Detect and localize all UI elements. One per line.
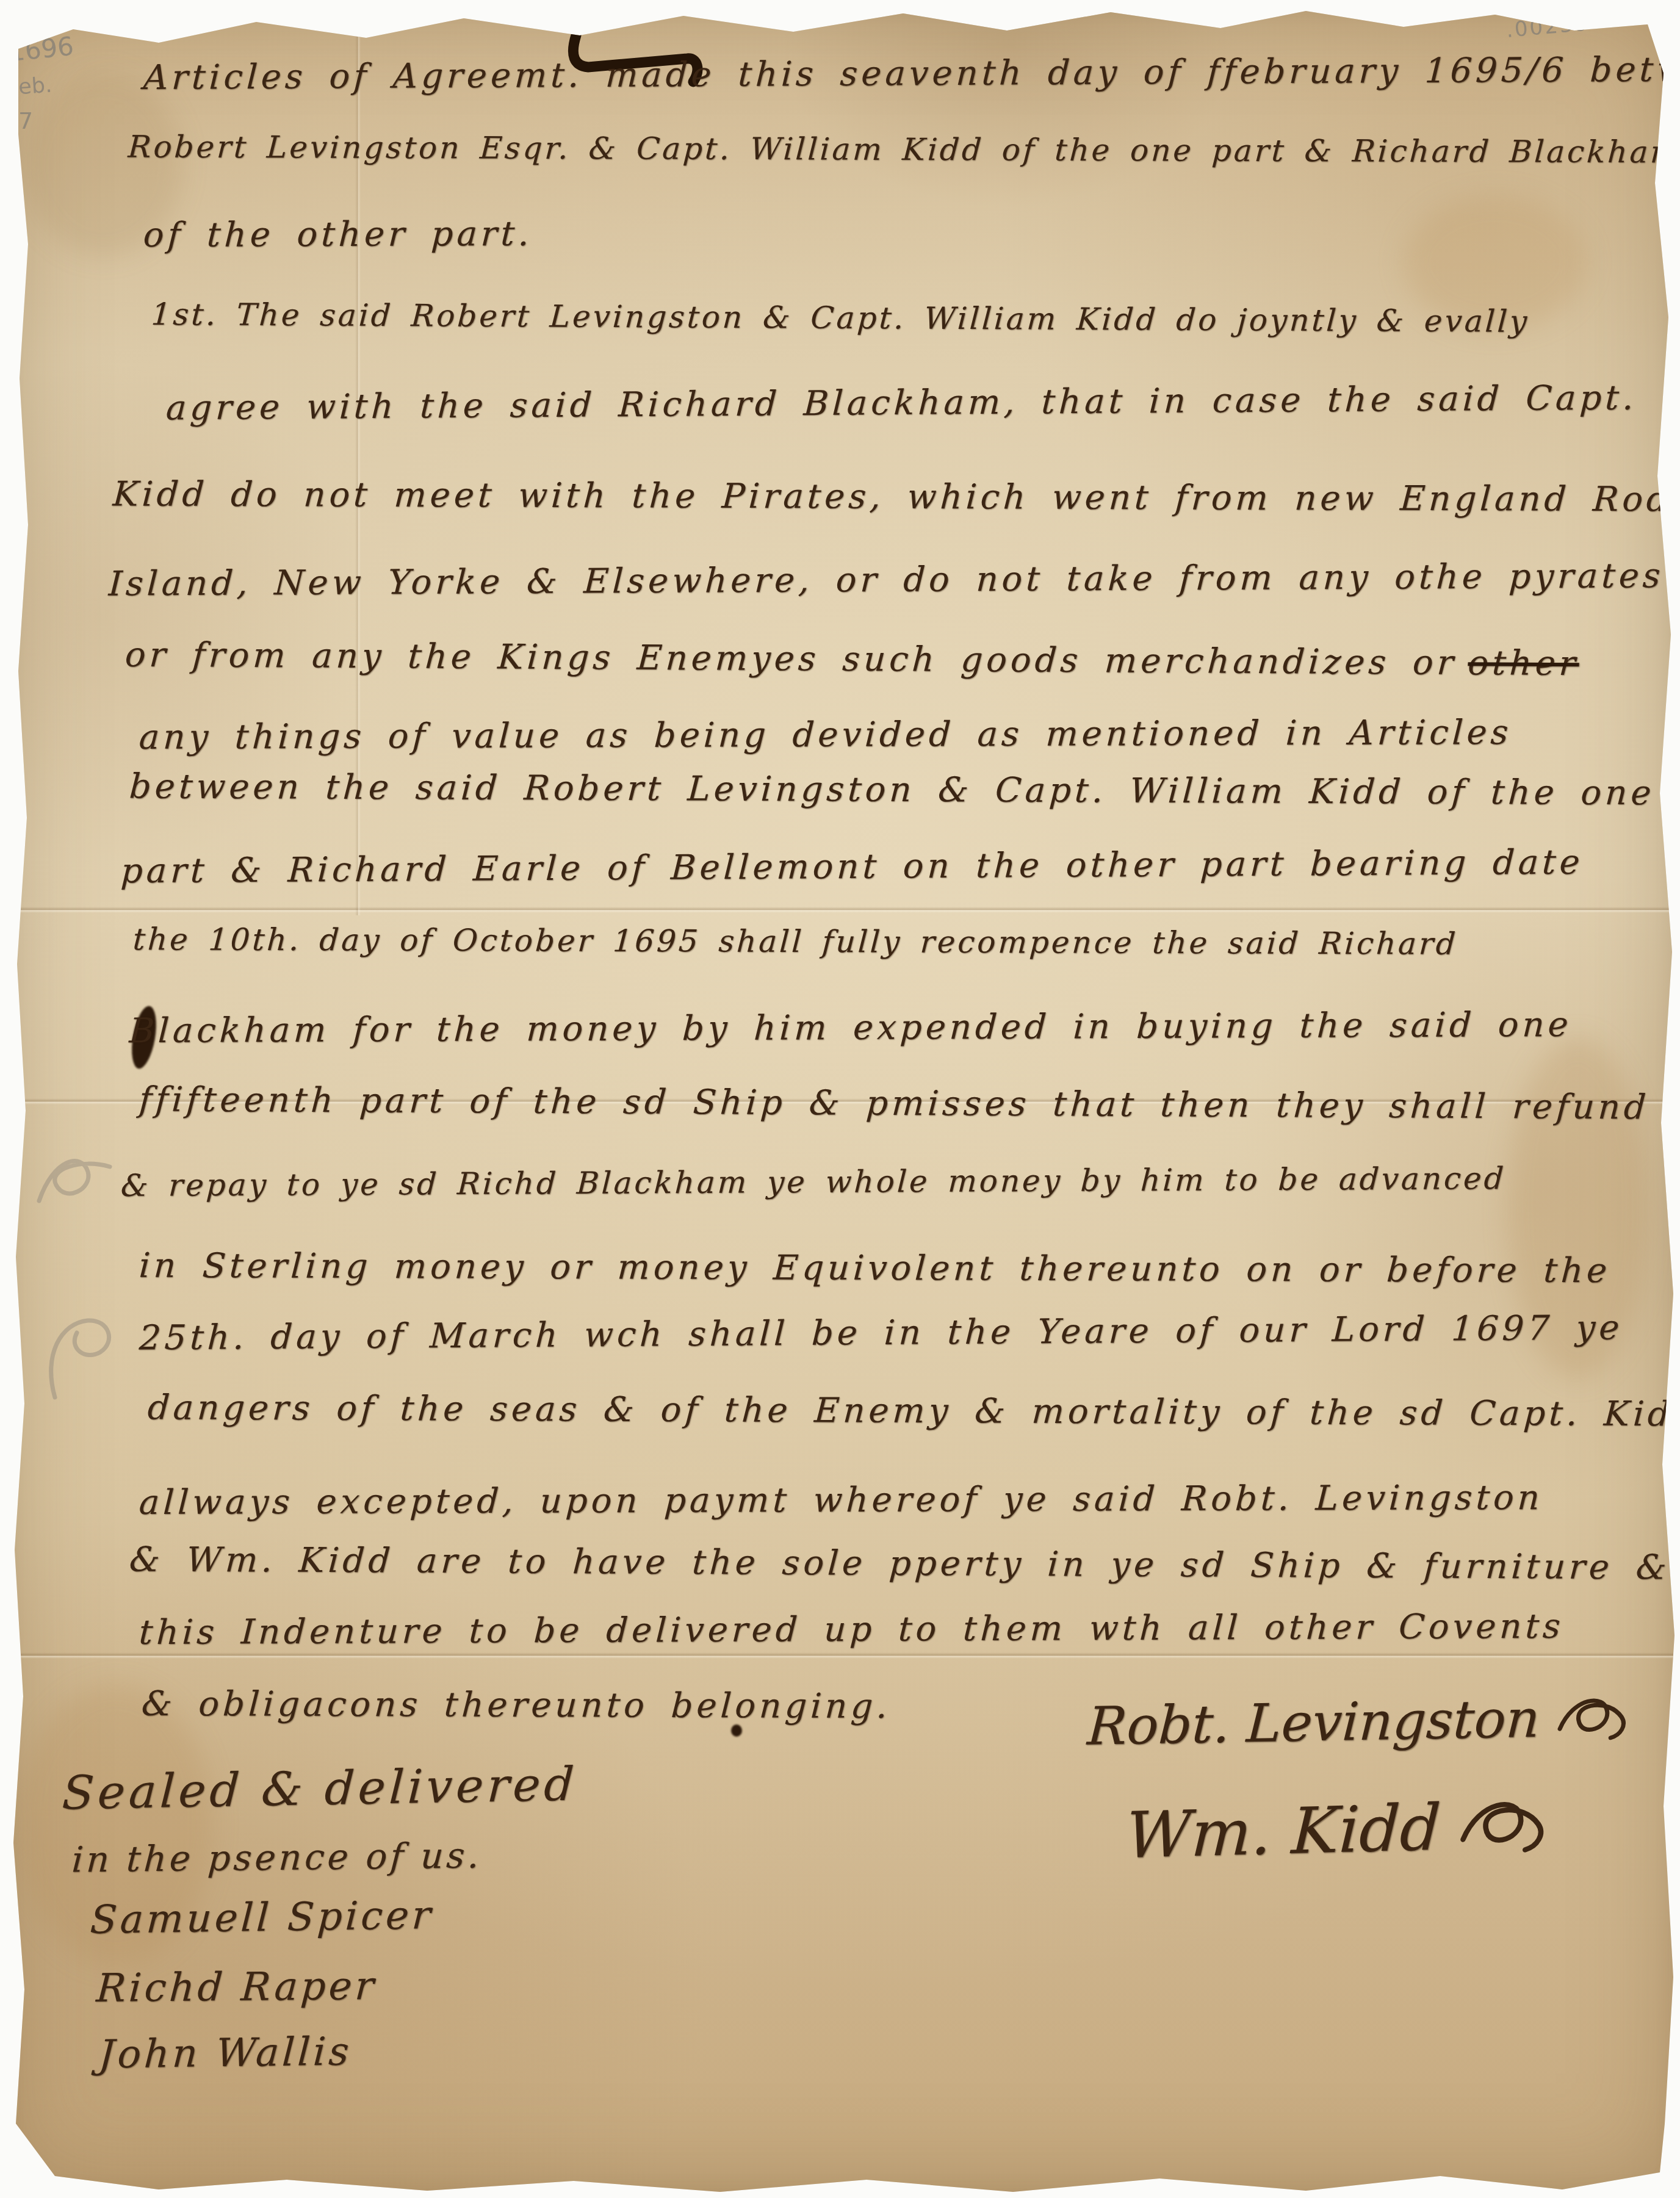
struck-word: other xyxy=(1467,643,1581,683)
manuscript-line: Blackham for the money by him expended i… xyxy=(128,1005,1573,1051)
pencil-scribble-lower xyxy=(37,1306,128,1410)
manuscript-line: 1st. The said Robert Levingston & Capt. … xyxy=(150,297,1530,339)
manuscript-line: of the other part. xyxy=(142,214,533,255)
scan-background: 1696 Feb. 7 .00239 Articles of Agreemt. … xyxy=(0,0,1680,2198)
attestation-line-2: in the psence of us. xyxy=(71,1834,483,1880)
manuscript-page: 1696 Feb. 7 .00239 Articles of Agreemt. … xyxy=(0,0,1680,2198)
manuscript-line: Robert Levingston Esqr. & Capt. William … xyxy=(127,129,1680,170)
manuscript-line: 25th. day of March wch shall be in the Y… xyxy=(139,1308,1624,1358)
manuscript-line: agree with the said Richard Blackham, th… xyxy=(165,378,1639,428)
manuscript-line: & Wm. Kidd are to have the sole pperty i… xyxy=(128,1540,1671,1587)
attestation-line-1: Sealed & delivered xyxy=(61,1757,579,1820)
manuscript-line-text: or from any the Kings Enemyes such goods… xyxy=(124,635,1458,683)
manuscript-line: this Indenture to be delivered up to the… xyxy=(138,1607,1565,1652)
pencil-date-year: 1696 xyxy=(7,31,75,68)
manuscript-line: dangers of the seas & of the Enemy & mor… xyxy=(146,1388,1680,1434)
manuscript-line: Island, New Yorke & Elsewhere, or do not… xyxy=(107,556,1665,604)
manuscript-line: part & Richard Earle of Bellemont on the… xyxy=(120,843,1585,892)
pencil-date-month: Feb. xyxy=(7,73,53,100)
manuscript-line: any things of value as being devided as … xyxy=(138,713,1513,757)
manuscript-line: or from any the Kings Enemyes such goods… xyxy=(124,635,1580,684)
manuscript-line: between the said Robert Levingston & Cap… xyxy=(128,767,1656,813)
pencil-scribble-upper xyxy=(29,1140,121,1219)
witness-signature: Richd Raper xyxy=(95,1964,378,2011)
manuscript-line: Kidd do not meet with the Pirates, which… xyxy=(112,474,1680,519)
manuscript-line: Articles of Agreemt. made this seaventh … xyxy=(142,49,1680,98)
fold-crease-upper xyxy=(0,907,1680,913)
manuscript-line: allways excepted, upon paymt whereof ye … xyxy=(138,1478,1544,1522)
signature-robert-levingston: Robt. Levingston xyxy=(1086,1687,1630,1757)
signature-flourish-icon xyxy=(1455,1791,1549,1861)
scan-stage: 1696 Feb. 7 .00239 Articles of Agreemt. … xyxy=(0,0,1680,2198)
manuscript-line: & repay to ye sd Richd Blackham ye whole… xyxy=(120,1161,1507,1203)
pencil-catalog-number: .00239 xyxy=(1505,11,1591,43)
manuscript-line: in Sterling money or money Equivolent th… xyxy=(138,1246,1612,1291)
fold-crease-lower xyxy=(0,1652,1680,1659)
manuscript-line: the 10th. day of October 1695 shall full… xyxy=(132,921,1458,962)
ink-dot-bottom xyxy=(731,1724,742,1737)
manuscript-line: ffifteenth part of the sd Ship & pmisses… xyxy=(138,1080,1651,1128)
signature-flourish-icon xyxy=(1554,1690,1631,1746)
witness-signature: Samuell Spicer xyxy=(89,1893,435,1943)
pencil-date-day: 7 xyxy=(18,107,33,134)
manuscript-line: & obligacons thereunto belonging. xyxy=(140,1684,892,1726)
witness-signature: John Wallis xyxy=(98,2029,353,2077)
signature-text: Robt. Levingston xyxy=(1086,1688,1541,1757)
signature-text: Wm. Kidd xyxy=(1124,1790,1442,1873)
signature-william-kidd: Wm. Kidd xyxy=(1124,1787,1549,1873)
